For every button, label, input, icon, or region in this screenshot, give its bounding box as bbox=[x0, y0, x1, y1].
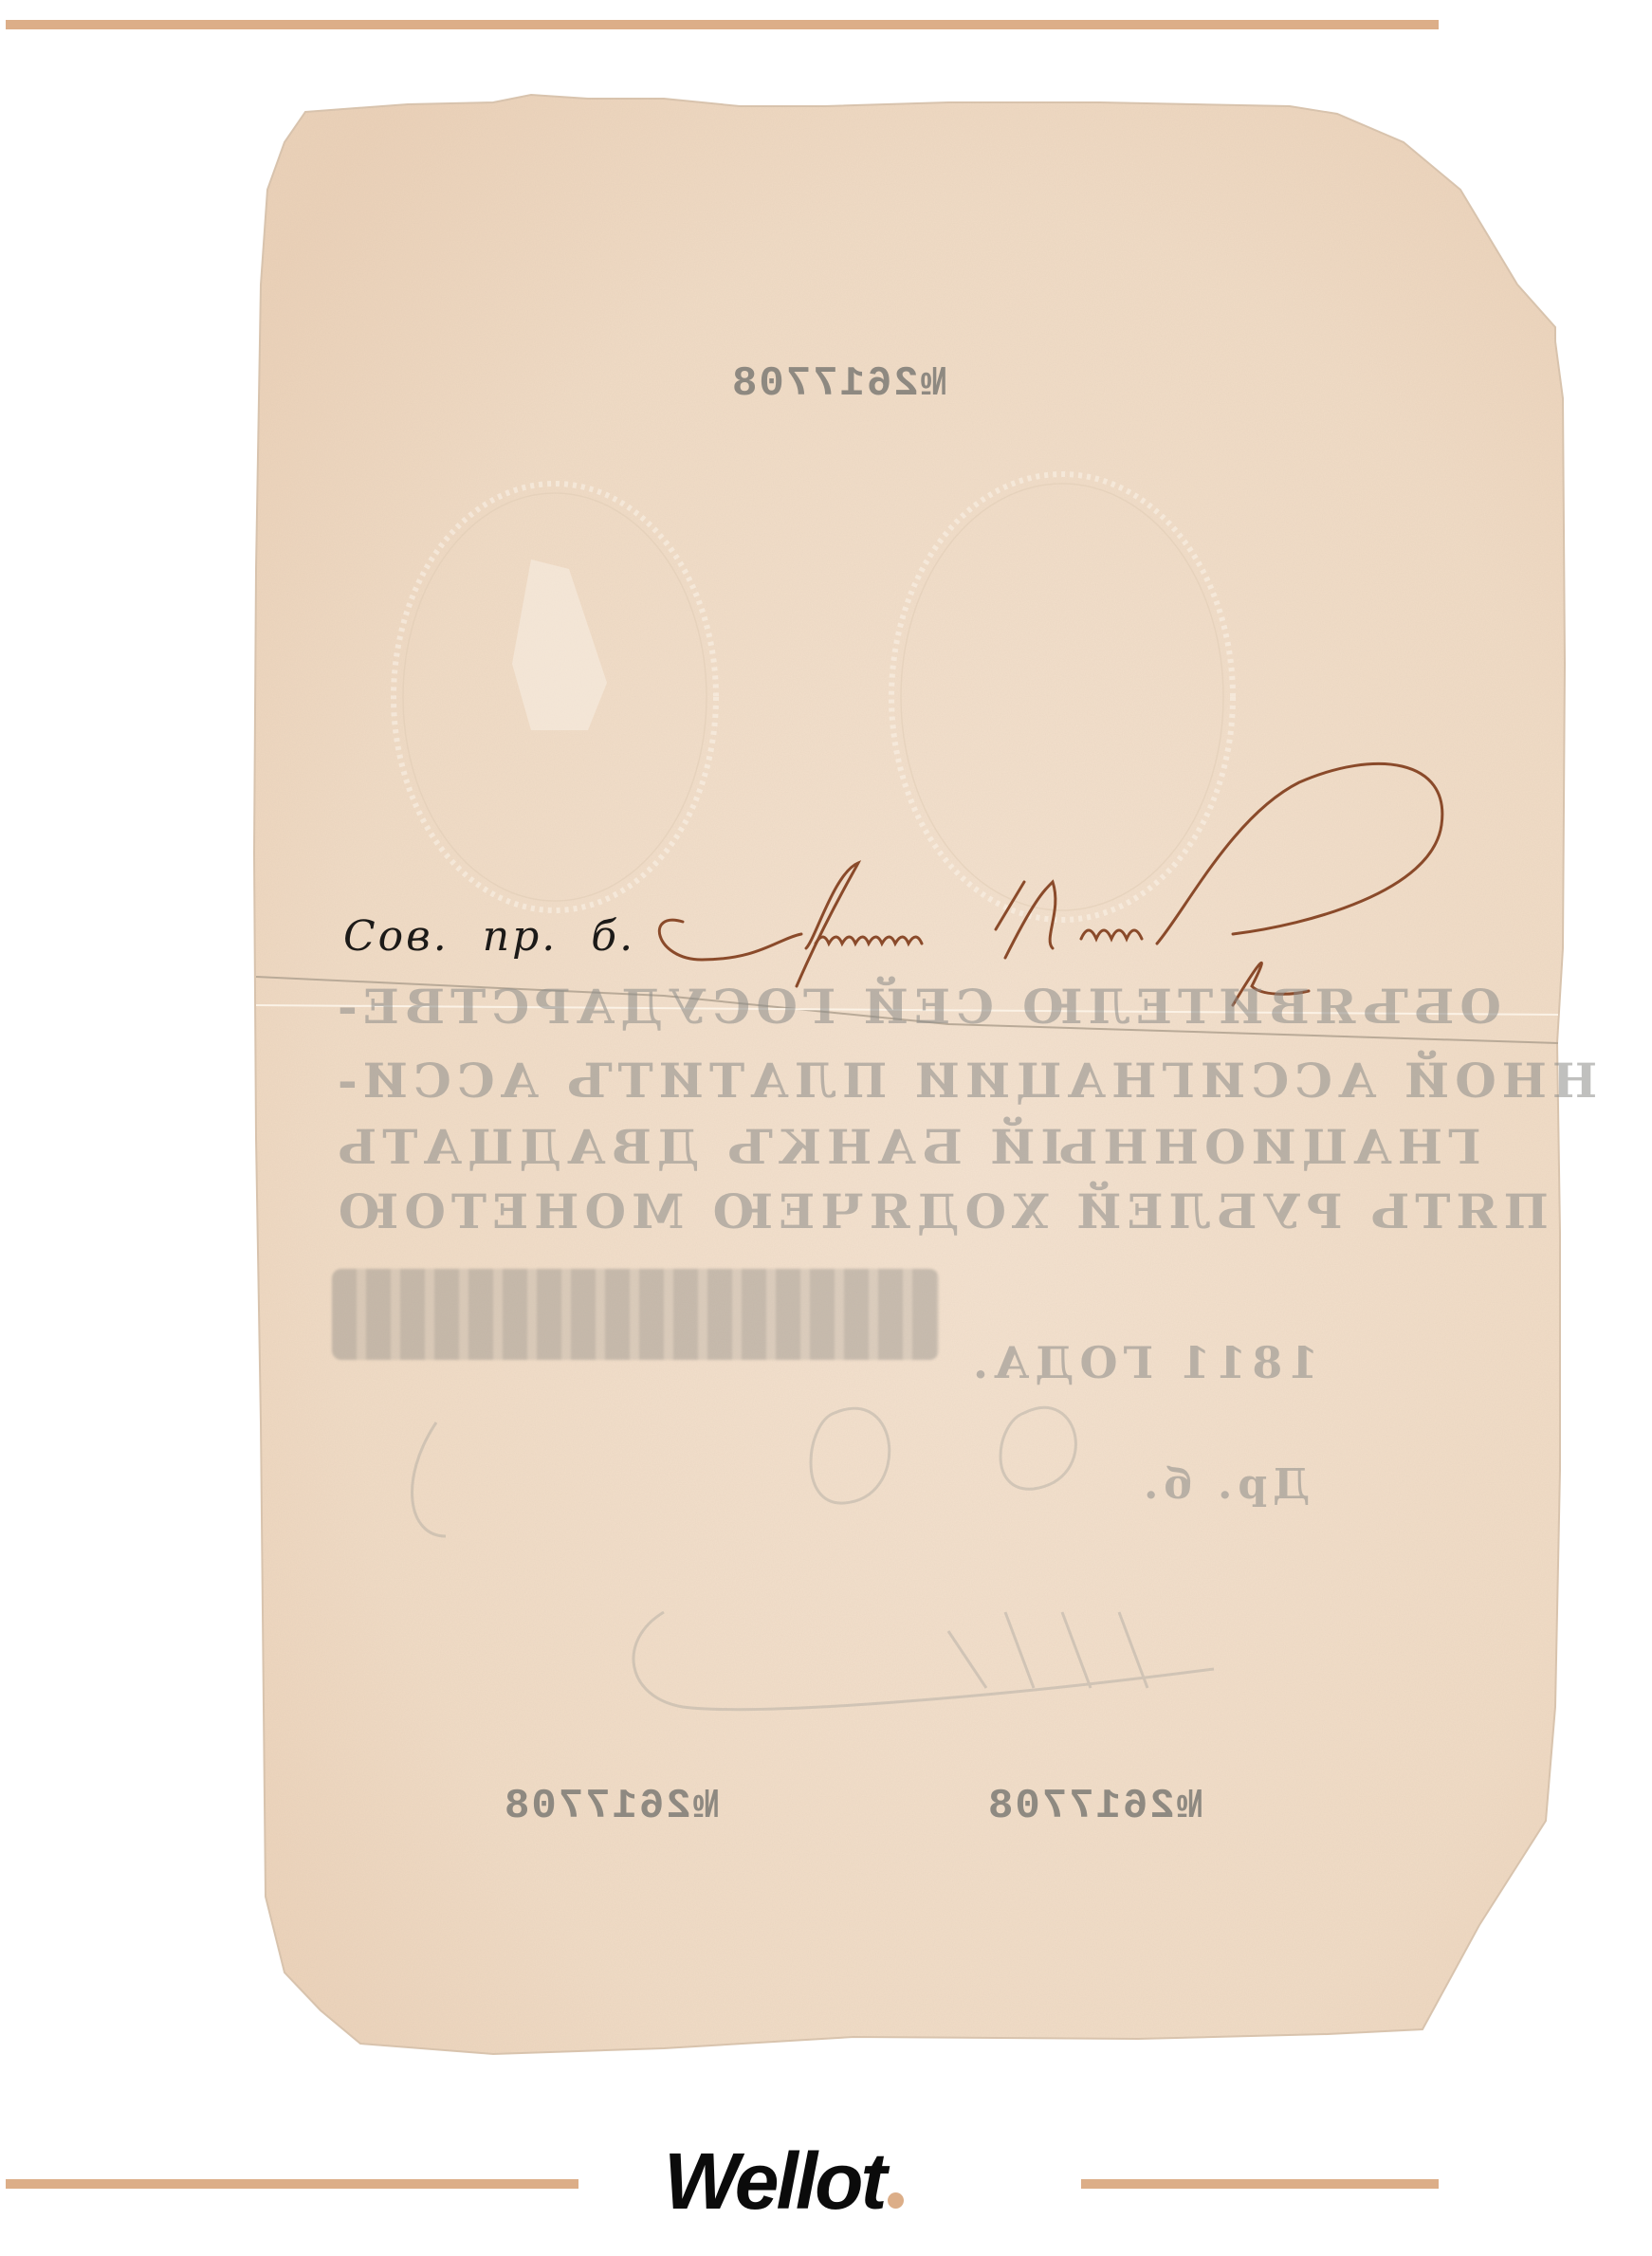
brand-dot-icon bbox=[888, 2192, 904, 2209]
ghost-year-line: 1811 ГОДА. bbox=[967, 1337, 1318, 1388]
printed-signature-prefix: Сов. пр. б. bbox=[343, 912, 635, 961]
ghost-serial-bottom-right: №2617708 bbox=[986, 1783, 1202, 1830]
ghost-director-line: Др. б. bbox=[1138, 1460, 1310, 1509]
ghost-text-line-4: ПЯТЬ РУБЛЕЙ ХОДЯЧЕЮ МОНЕТОЮ bbox=[332, 1183, 1549, 1239]
ghost-text-line-1: ОБЪЯВИТЕЛЮ СЕЙ ГОСУДАРСТВЕ- bbox=[332, 979, 1501, 1035]
banknote-reverse: №2617708 ОБЪЯВИТЕЛЮ СЕЙ ГОСУДАРСТВЕ- ННО… bbox=[0, 0, 1652, 2256]
ghost-text-line-2: ННОЙ АССИГНАЦИИ ПЛАТИТЪ АССИ- bbox=[332, 1053, 1597, 1109]
bottom-accent-rule-right bbox=[1081, 2179, 1439, 2189]
bottom-accent-rule-left bbox=[6, 2179, 578, 2189]
ghost-serial-top: №2617708 bbox=[730, 360, 945, 408]
brand-name: Wellot bbox=[664, 2137, 884, 2226]
ghost-serial-bottom-left: №2617708 bbox=[503, 1783, 718, 1830]
ghost-text-line-3: ГНАЦИОННЫЙ БАНКЪ ДВАДЦАТЬ bbox=[332, 1119, 1481, 1175]
brand-logo: Wellot bbox=[664, 2141, 904, 2221]
ghost-denomination-block bbox=[332, 1269, 939, 1360]
